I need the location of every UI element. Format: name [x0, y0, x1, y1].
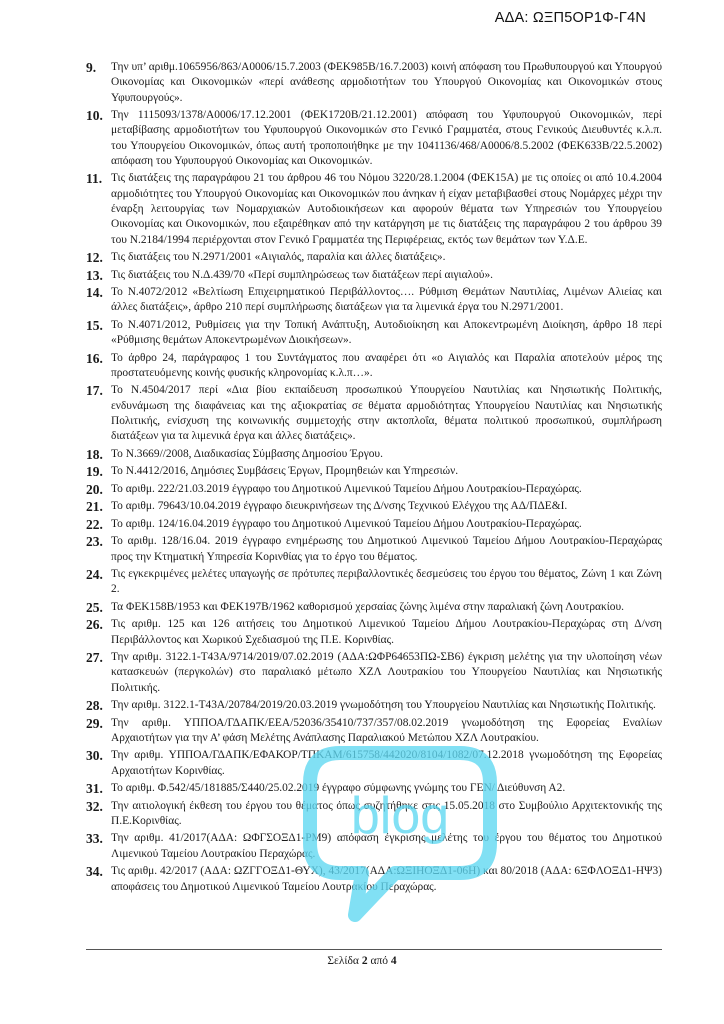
list-item: 9.Την υπ’ αριθμ.1065956/863/Α0006/15.7.2… [86, 60, 662, 106]
item-text: Το Ν.3669//2008, Διαδικασίας Σύμβασης Δη… [111, 447, 662, 462]
item-text: Το αριθμ. 222/21.03.2019 έγγραφο του Δημ… [111, 482, 662, 497]
item-number: 29. [86, 716, 103, 731]
list-item: 23.Το αριθμ. 128/16.04. 2019 έγγραφο ενη… [86, 534, 662, 565]
item-text: Την υπ’ αριθμ.1065956/863/Α0006/15.7.200… [111, 60, 662, 106]
item-number: 27. [86, 650, 103, 665]
item-text: Τις εγκεκριμένες μελέτες υπαγωγής σε πρό… [111, 567, 662, 598]
item-number: 20. [86, 482, 103, 497]
list-item: 12.Τις διατάξεις του Ν.2971/2001 «Αιγιαλ… [86, 250, 662, 265]
item-number: 34. [86, 864, 103, 879]
footer-divider [86, 949, 662, 950]
item-number: 15. [86, 318, 103, 333]
list-item: 13.Τις διατάξεις του Ν.Δ.439/70 «Περί συ… [86, 268, 662, 283]
item-number: 14. [86, 285, 103, 300]
list-item: 11.Τις διατάξεις της παραγράφου 21 του ά… [86, 171, 662, 247]
item-number: 28. [86, 698, 103, 713]
reference-list: 9.Την υπ’ αριθμ.1065956/863/Α0006/15.7.2… [86, 60, 662, 897]
item-text: Την αριθμ. ΥΠΠΟΑ/ΓΔΑΠΚ/ΕΦΑΚΟΡ/ΤΠΚΑΜ/6157… [111, 748, 662, 779]
list-item: 20.Το αριθμ. 222/21.03.2019 έγγραφο του … [86, 482, 662, 497]
list-item: 25.Τα ΦΕΚ158Β/1953 και ΦΕΚ197Β/1962 καθο… [86, 600, 662, 615]
item-number: 12. [86, 250, 103, 265]
item-number: 26. [86, 617, 103, 632]
item-number: 9. [86, 60, 96, 75]
item-number: 13. [86, 268, 103, 283]
item-number: 33. [86, 831, 103, 846]
item-text: Το Ν.4412/2016, Δημόσιες Συμβάσεις Έργων… [111, 464, 662, 479]
item-text: Τις διατάξεις του Ν.Δ.439/70 «Περί συμπλ… [111, 268, 662, 283]
item-text: Τα ΦΕΚ158Β/1953 και ΦΕΚ197Β/1962 καθορισ… [111, 600, 662, 615]
list-item: 22.Το αριθμ. 124/16.04.2019 έγγραφο του … [86, 517, 662, 532]
item-text: Τις διατάξεις της παραγράφου 21 του άρθρ… [111, 171, 662, 247]
list-item: 10.Την 1115093/1378/Α0006/17.12.2001 (ΦΕ… [86, 108, 662, 169]
item-text: Το άρθρο 24, παράγραφος 1 του Συντάγματο… [111, 351, 662, 382]
item-number: 10. [86, 108, 103, 123]
list-item: 26.Τις αριθμ. 125 και 126 αιτήσεις του Δ… [86, 617, 662, 648]
current-page: 2 [362, 955, 368, 967]
item-number: 24. [86, 567, 103, 582]
list-item: 18.Το Ν.3669//2008, Διαδικασίας Σύμβασης… [86, 447, 662, 462]
item-number: 23. [86, 534, 103, 549]
of-label: από [370, 955, 388, 967]
item-text: Το Ν.4504/2017 περί «Δια βίου εκπαίδευση… [111, 383, 662, 444]
item-number: 22. [86, 517, 103, 532]
item-text: Το αριθμ. Φ.542/45/181885/Σ440/25.02.201… [111, 781, 662, 796]
item-number: 30. [86, 748, 103, 763]
item-text: Την 1115093/1378/Α0006/17.12.2001 (ΦΕΚ17… [111, 108, 662, 169]
item-text: Το Ν.4071/2012, Ρυθμίσεις για την Τοπική… [111, 318, 662, 349]
item-number: 11. [86, 171, 102, 186]
page-footer: Σελίδα 2 από 4 [0, 955, 724, 967]
total-pages: 4 [391, 955, 397, 967]
item-number: 18. [86, 447, 103, 462]
list-item: 30.Την αριθμ. ΥΠΠΟΑ/ΓΔΑΠΚ/ΕΦΑΚΟΡ/ΤΠΚΑΜ/6… [86, 748, 662, 779]
list-item: 29.Την αριθμ. ΥΠΠΟΑ/ΓΔΑΠΚ/ΕΕΑ/52036/3541… [86, 716, 662, 747]
list-item: 33.Την αριθμ. 41/2017(ΑΔΑ: ΩΦΓΣΟΞΔ1-ΡΜ9)… [86, 831, 662, 862]
list-item: 16.Το άρθρο 24, παράγραφος 1 του Συντάγμ… [86, 351, 662, 382]
item-text: Τις διατάξεις του Ν.2971/2001 «Αιγιαλός,… [111, 250, 662, 265]
item-number: 31. [86, 781, 103, 796]
page-label: Σελίδα [327, 955, 359, 967]
item-number: 25. [86, 600, 103, 615]
list-item: 24.Τις εγκεκριμένες μελέτες υπαγωγής σε … [86, 567, 662, 598]
item-text: Την αριθμ. 3122.1-Τ43Α/9714/2019/07.02.2… [111, 650, 662, 696]
item-number: 32. [86, 799, 103, 814]
list-item: 15.Το Ν.4071/2012, Ρυθμίσεις για την Τοπ… [86, 318, 662, 349]
list-item: 21.Το αριθμ. 79643/10.04.2019 έγγραφο δι… [86, 499, 662, 514]
list-item: 34.Τις αριθμ. 42/2017 (ΑΔΑ: ΩΖΓΓΟΞΔ1-ΘΥΧ… [86, 864, 662, 895]
item-number: 21. [86, 499, 103, 514]
item-number: 19. [86, 464, 103, 479]
list-item: 28.Την αριθμ. 3122.1-Τ43Α/20784/2019/20.… [86, 698, 662, 713]
item-text: Το αριθμ. 128/16.04. 2019 έγγραφο ενημέρ… [111, 534, 662, 565]
list-item: 27.Την αριθμ. 3122.1-Τ43Α/9714/2019/07.0… [86, 650, 662, 696]
item-text: Το αριθμ. 124/16.04.2019 έγγραφο του Δημ… [111, 517, 662, 532]
item-text: Την αριθμ. 41/2017(ΑΔΑ: ΩΦΓΣΟΞΔ1-ΡΜ9) απ… [111, 831, 662, 862]
item-number: 16. [86, 351, 103, 366]
item-text: Τις αριθμ. 42/2017 (ΑΔΑ: ΩΖΓΓΟΞΔ1-ΘΥΧ), … [111, 864, 662, 895]
item-text: Την αριθμ. 3122.1-Τ43Α/20784/2019/20.03.… [111, 698, 662, 713]
item-number: 17. [86, 383, 103, 398]
item-text: Την αριθμ. ΥΠΠΟΑ/ΓΔΑΠΚ/ΕΕΑ/52036/35410/7… [111, 716, 662, 747]
ada-code: ΑΔΑ: ΩΞΠ5ΟΡ1Φ-Γ4Ν [495, 10, 646, 26]
list-item: 19.Το Ν.4412/2016, Δημόσιες Συμβάσεις Έρ… [86, 464, 662, 479]
list-item: 31.Το αριθμ. Φ.542/45/181885/Σ440/25.02.… [86, 781, 662, 796]
list-item: 17.Το Ν.4504/2017 περί «Δια βίου εκπαίδε… [86, 383, 662, 444]
list-item: 32.Την αιτιολογική έκθεση του έργου του … [86, 799, 662, 830]
item-text: Το Ν.4072/2012 «Βελτίωση Επιχειρηματικού… [111, 285, 662, 316]
list-item: 14.Το Ν.4072/2012 «Βελτίωση Επιχειρηματι… [86, 285, 662, 316]
item-text: Τις αριθμ. 125 και 126 αιτήσεις του Δημο… [111, 617, 662, 648]
item-text: Το αριθμ. 79643/10.04.2019 έγγραφο διευκ… [111, 499, 662, 514]
item-text: Την αιτιολογική έκθεση του έργου του θέμ… [111, 799, 662, 830]
